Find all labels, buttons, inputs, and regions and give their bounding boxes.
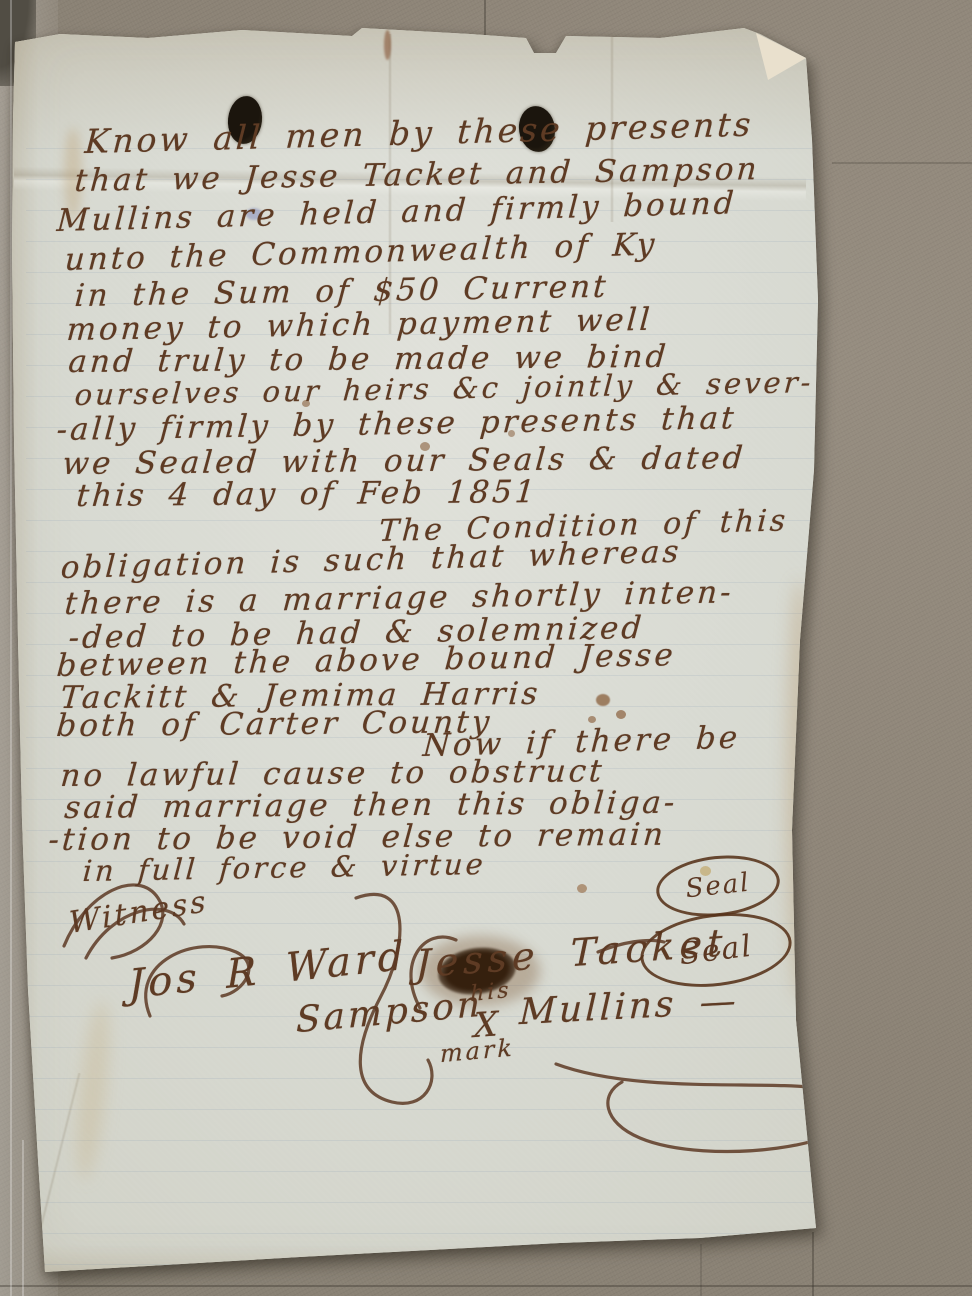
stain <box>577 884 587 893</box>
manuscript-line: in full force & virtue <box>82 847 487 888</box>
stain <box>596 694 610 706</box>
document-photo: Know all men by these presents that we J… <box>0 0 972 1296</box>
surety-his: his <box>470 978 512 1007</box>
paper-shadow: Know all men by these presents that we J… <box>0 0 972 1296</box>
stain <box>616 710 626 719</box>
paper-sheet: Know all men by these presents that we J… <box>0 0 972 1296</box>
manuscript-line: this 4 day of Feb 1851 <box>75 474 539 514</box>
stain <box>588 716 596 723</box>
stain <box>384 30 391 60</box>
seal-label: Seal <box>684 868 752 905</box>
seal-label: Seal <box>677 928 755 972</box>
